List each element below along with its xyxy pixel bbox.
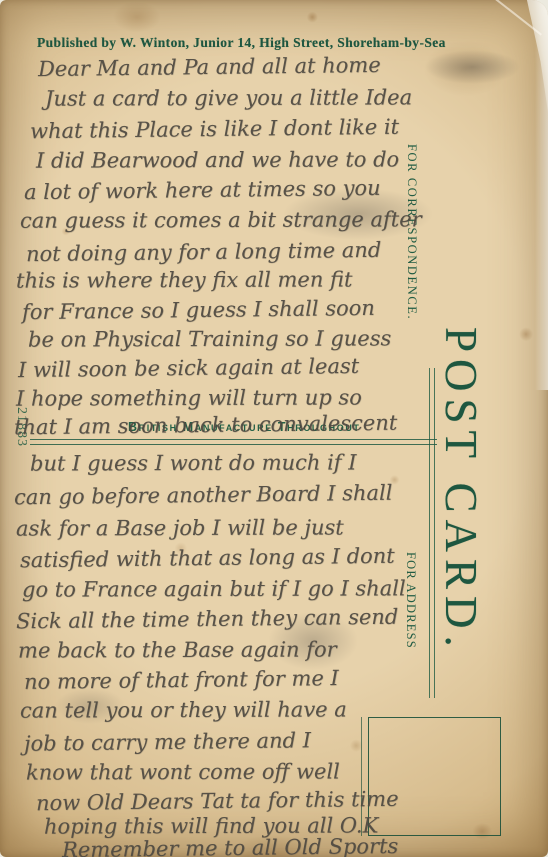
- handwriting-line: now Old Dears Tat ta for this time: [36, 787, 399, 815]
- handwriting-line: not doing any for a long time and: [26, 238, 382, 266]
- handwriting-line: satisfied with that as long as I dont: [20, 544, 395, 573]
- handwriting-line: this is where they fix all men fit: [16, 267, 353, 292]
- handwriting-line: Remember me to all Old Sports: [62, 834, 399, 857]
- handwriting-line: be on Physical Training so I guess: [28, 326, 391, 351]
- handwriting-line: what this Place is like I dont like it: [30, 115, 399, 144]
- handwriting-line: I did Bearwood and we have to do: [36, 147, 399, 172]
- handwriting-line: a lot of work here at times so you: [24, 176, 381, 204]
- postcard-back: Published by W. Winton, Junior 14, High …: [0, 0, 548, 857]
- handwriting-line: me back to the Base again for: [18, 637, 337, 662]
- handwriting-line: job to carry me there and I: [24, 728, 311, 756]
- handwriting-line: no more of that front for me I: [24, 666, 339, 694]
- handwriting-line: Dear Ma and Pa and all at home: [38, 53, 381, 81]
- handwriting-line: know that wont come off well: [26, 759, 340, 784]
- handwriting-line: can tell you or they will have a: [20, 697, 347, 722]
- handwriting-line: for France so I guess I shall soon: [22, 296, 375, 324]
- handwriting-line: that I am soon back to convalescent: [14, 411, 397, 440]
- handwriting-line: I hope something will turn up so: [16, 385, 362, 410]
- handwriting-line: I will soon be sick again at least: [18, 354, 359, 382]
- handwriting-line: go to France again but if I go I shall: [22, 576, 406, 601]
- handwriting-line: but I guess I wont do much if I: [30, 450, 357, 475]
- handwriting-line: can guess it comes a bit strange after: [20, 207, 422, 232]
- handwriting-line: ask for a Base job I will be just: [16, 515, 344, 540]
- handwriting-line: Sick all the time then they can send: [16, 605, 399, 634]
- handwritten-message: Dear Ma and Pa and all at home Just a ca…: [0, 0, 548, 857]
- handwriting-line: can go before another Board I shall: [14, 481, 393, 510]
- handwriting-line: Just a card to give you a little Idea: [45, 85, 412, 110]
